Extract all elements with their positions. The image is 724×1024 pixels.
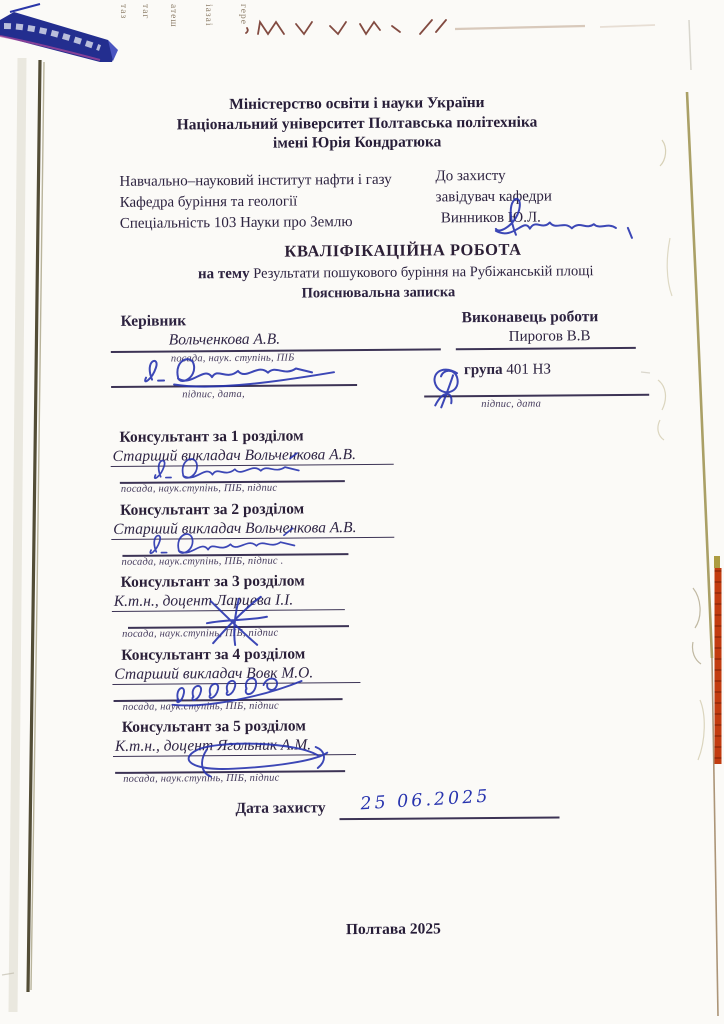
consultant-2-signature bbox=[136, 526, 326, 565]
institute-line-1: Навчально–науковий інститут нафти і газу bbox=[119, 170, 391, 193]
city-year: Полтава 2025 bbox=[143, 919, 643, 941]
consultant-1-heading: Консультант за 1 розділом bbox=[110, 427, 422, 447]
consultant-block-4: Консультант за 4 розділом Старший виклад… bbox=[112, 645, 425, 720]
consultant-5-heading: Консультант за 5 розділом bbox=[113, 716, 425, 736]
consultant-block-1: Консультант за 1 розділом Старший виклад… bbox=[110, 427, 423, 502]
institute-line-3: Спеціальність 103 Науки про Землю bbox=[120, 212, 392, 235]
handwritten-defense-date: 25 06.2025 bbox=[360, 787, 491, 815]
ministry-header: Міністерство освіти і науки України Наці… bbox=[57, 92, 657, 155]
theme-text: Результати пошукового буріння на Рубіжан… bbox=[250, 263, 594, 282]
supervisor-signature bbox=[134, 350, 344, 396]
institute-block: Навчально–науковий інститут нафти і газу… bbox=[119, 170, 392, 235]
document-content: Міністерство освіти і науки України Наці… bbox=[0, 0, 724, 1024]
consultant-3-heading: Консультант за 3 розділом bbox=[112, 572, 424, 592]
consultant-5-signature bbox=[173, 739, 338, 784]
consultant-block-5: Консультант за 5 розділом К.т.н., доцент… bbox=[113, 716, 426, 791]
approval-line-1: До захисту bbox=[435, 165, 551, 187]
consultant-2-heading: Консультант за 2 розділом bbox=[111, 500, 423, 520]
scanned-page: атеш іазаі гере таг таз Міністерство осв… bbox=[0, 0, 724, 1024]
executor-name: Пирогов В.В bbox=[509, 328, 591, 346]
consultant-4-heading: Консультант за 4 розділом bbox=[112, 645, 424, 665]
work-subtitle: Пояснювальна записка bbox=[118, 283, 638, 304]
consultant-block-2: Консультант за 2 розділом Старший виклад… bbox=[111, 500, 424, 575]
executor-caption-sign: підпис, дата bbox=[481, 399, 541, 410]
supervisor-label: Керівник bbox=[121, 312, 187, 331]
group-value: 401 НЗ bbox=[503, 361, 551, 377]
theme-line: на тему Результати пошукового буріння на… bbox=[133, 263, 658, 284]
executor-name-line bbox=[456, 347, 636, 350]
defense-date-line bbox=[339, 816, 559, 819]
consultant-3-signature bbox=[197, 592, 297, 647]
consultant-4-signature bbox=[167, 671, 307, 710]
executor-label: Виконавець роботи bbox=[462, 308, 599, 327]
ministry-line-3: імені Юрія Кондратюка bbox=[57, 131, 657, 155]
department-head-signature bbox=[480, 190, 655, 243]
defense-date-label: Дата захисту bbox=[235, 799, 325, 818]
institute-line-2: Кафедра буріння та геології bbox=[120, 191, 392, 214]
theme-label: на тему bbox=[198, 266, 250, 282]
consultant-1-signature bbox=[141, 451, 331, 490]
consultant-block-3: Консультант за 3 розділом К.т.н., доцент… bbox=[112, 572, 425, 647]
executor-signature bbox=[423, 363, 479, 409]
supervisor-name: Вольченкова А.В. bbox=[169, 331, 281, 350]
